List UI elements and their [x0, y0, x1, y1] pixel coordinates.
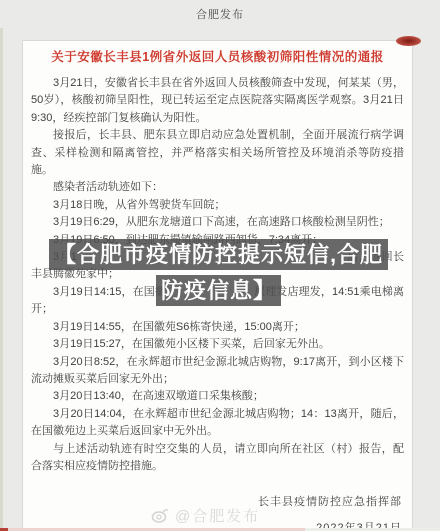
obscured-text-gap	[166, 294, 254, 295]
obscured-text-gap	[77, 259, 347, 260]
notice-paragraph: 3月19日14:15，在国徽层理发店理发，14:51乘电梯离开；	[31, 284, 404, 319]
notice-paragraph: 接报后，长丰县、肥东县立即启动应急处置机制，全面开展流行病学调查、采样检测和隔离…	[31, 127, 404, 179]
notice-paragraph: 3月20日14:04，在永辉超市世纪金源北城店购物；14：13离开，随后，在国徽…	[31, 406, 404, 441]
notice-paragraph: 3月18日晚，从省外驾驶货车回皖；	[31, 197, 404, 214]
notice-paragraph: 3月19日6:50，到达肥东撮镇输闸路西卸货，7:34离开；	[31, 232, 404, 249]
notice-paragraph: 3月19日6:29，从肥东龙塘道口下高速，在高速路口核酸检测呈阴性；	[31, 214, 404, 231]
watermark-text: @合肥发布	[175, 505, 260, 526]
left-margin-strip	[0, 28, 3, 528]
notice-paragraph: 3月20日13:40，在高速双墩道口采集核酸；	[31, 388, 404, 405]
notice-paragraph: 与上述活动轨迹有时空交集的人员，请立即向所在社区（村）报告，配合落实相应疫情防控…	[31, 441, 404, 476]
red-seal-fragment	[396, 36, 421, 46]
topbar: 合肥发布	[0, 0, 440, 28]
weibo-eye-icon	[151, 508, 169, 523]
notice-paragraph: 3月19日15:27，在国徽苑小区楼下买菜，后回家无外出。	[31, 336, 404, 353]
notice-paragraph: 感染者活动轨迹如下：	[31, 179, 404, 196]
notice-paragraph: 3月19日14:55，在国徽苑S6栋寄快递，15:00离开；	[31, 319, 404, 336]
notice-title: 关于安徽长丰县1例省外返回人员核酸初筛阳性情况的通报	[29, 49, 406, 65]
notice-paragraph: 3月20日8:52，在永辉超市世纪金源北城店购物，9:17离开，到小区楼下流动摊…	[31, 354, 404, 389]
notice-paragraph: 3月21日，安徽省长丰县在省外返回人员核酸筛查中发现，何某某（男，50岁），核酸…	[31, 75, 404, 127]
watermark: @合肥发布	[151, 505, 321, 526]
notice-paragraph: 3月1后，返回长丰县腾徽苑家中；	[31, 249, 404, 284]
paragraph-text: 3月19日14:15，在国徽	[53, 286, 166, 298]
notice-body: 3月21日，安徽省长丰县在省外返回人员核酸筛查中发现，何某某（男，50岁），核酸…	[31, 75, 404, 475]
notice-card: 关于安徽长丰县1例省外返回人员核酸初筛阳性情况的通报 3月21日，安徽省长丰县在…	[22, 40, 413, 531]
paragraph-text: 3月1	[53, 251, 77, 263]
source-label: 合肥发布	[196, 6, 244, 22]
paragraph-text: 后，返回长丰县腾徽苑家中；	[31, 251, 404, 280]
